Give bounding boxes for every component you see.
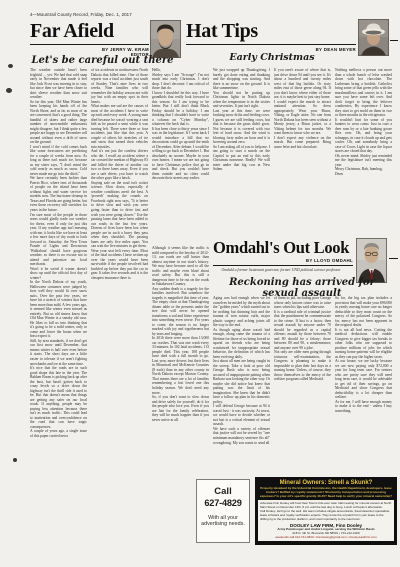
page-folio: 4—Mountrail County Record, Friday, Dec. … xyxy=(30,12,132,17)
advertising-house-ad: Call 627-4829 With all your advertising … xyxy=(196,479,250,543)
dooley-ad-headline: Mineral Owners: Smell a Skunk? xyxy=(258,480,394,487)
call-ad-tag-2: advertising needs. xyxy=(197,521,249,527)
call-ad-word: Call xyxy=(197,487,249,497)
divider xyxy=(389,258,398,259)
omdahl-col-3: So far, the big tax plan includes a prov… xyxy=(335,296,392,476)
omdahl-byline: BY LLOYD OMDAHL xyxy=(240,258,353,264)
far-afield-col-1: The weather outside hasn't been frightfu… xyxy=(30,68,87,558)
hat-tips-col-3: If you aren't aware of where that is, ju… xyxy=(274,68,331,238)
omdahl-title: Omdahl's Out Look xyxy=(213,240,349,257)
call-ad-phone: 627-4829 xyxy=(197,499,249,508)
omdahl-col-1: Aging was bad enough when we let ourselv… xyxy=(213,296,270,476)
dooley-ad-panel: Advocate Finn Dooley will host New Town'… xyxy=(258,500,394,541)
far-afield-title: Far Afield xyxy=(30,21,114,41)
far-afield-col-2: of six accidents in northwestern North D… xyxy=(91,68,148,558)
scan-artifact xyxy=(6,88,12,93)
scan-artifact xyxy=(8,64,13,68)
divider xyxy=(30,44,149,45)
dooley-ad-body-1: Advocate Finn Dooley will host New Town'… xyxy=(260,502,392,510)
scan-artifact xyxy=(13,458,17,462)
dooley-law-firm-ad: Mineral Owners: Smell a Skunk? Property … xyxy=(255,477,397,545)
omdahl-col-2: of them to jail, including poor George w… xyxy=(274,296,331,476)
hat-tips-col-1: Hello, Shirley says I am "Scrooge". I'm … xyxy=(152,68,209,238)
dean-meyer-photo xyxy=(358,19,389,56)
hat-tips-col-2: We just wrapped up Thanksgiving. I barel… xyxy=(213,68,270,238)
hat-tips-col-4: Nothing mellows a person out more than a… xyxy=(335,68,392,238)
dooley-ad-contact-line: weekends call 414-731-0520 • finndooley@… xyxy=(260,536,392,540)
dooley-ad-body-2: Call Dooley. He'll go to the well. His t… xyxy=(260,510,392,521)
dooley-ad-intro: Property devalued by the Industrial Comm… xyxy=(258,487,394,499)
divider xyxy=(213,265,353,266)
omdahl-tagline: Omdahl a former lieutenant governor, for… xyxy=(206,268,356,273)
divider xyxy=(390,40,398,41)
hat-tips-title: Hat Tips xyxy=(186,21,258,41)
hat-tips-headline: Early Christmas xyxy=(152,53,392,63)
newspaper-page: 4—Mountrail County Record, Friday, Dec. … xyxy=(0,0,400,567)
divider xyxy=(186,44,356,45)
